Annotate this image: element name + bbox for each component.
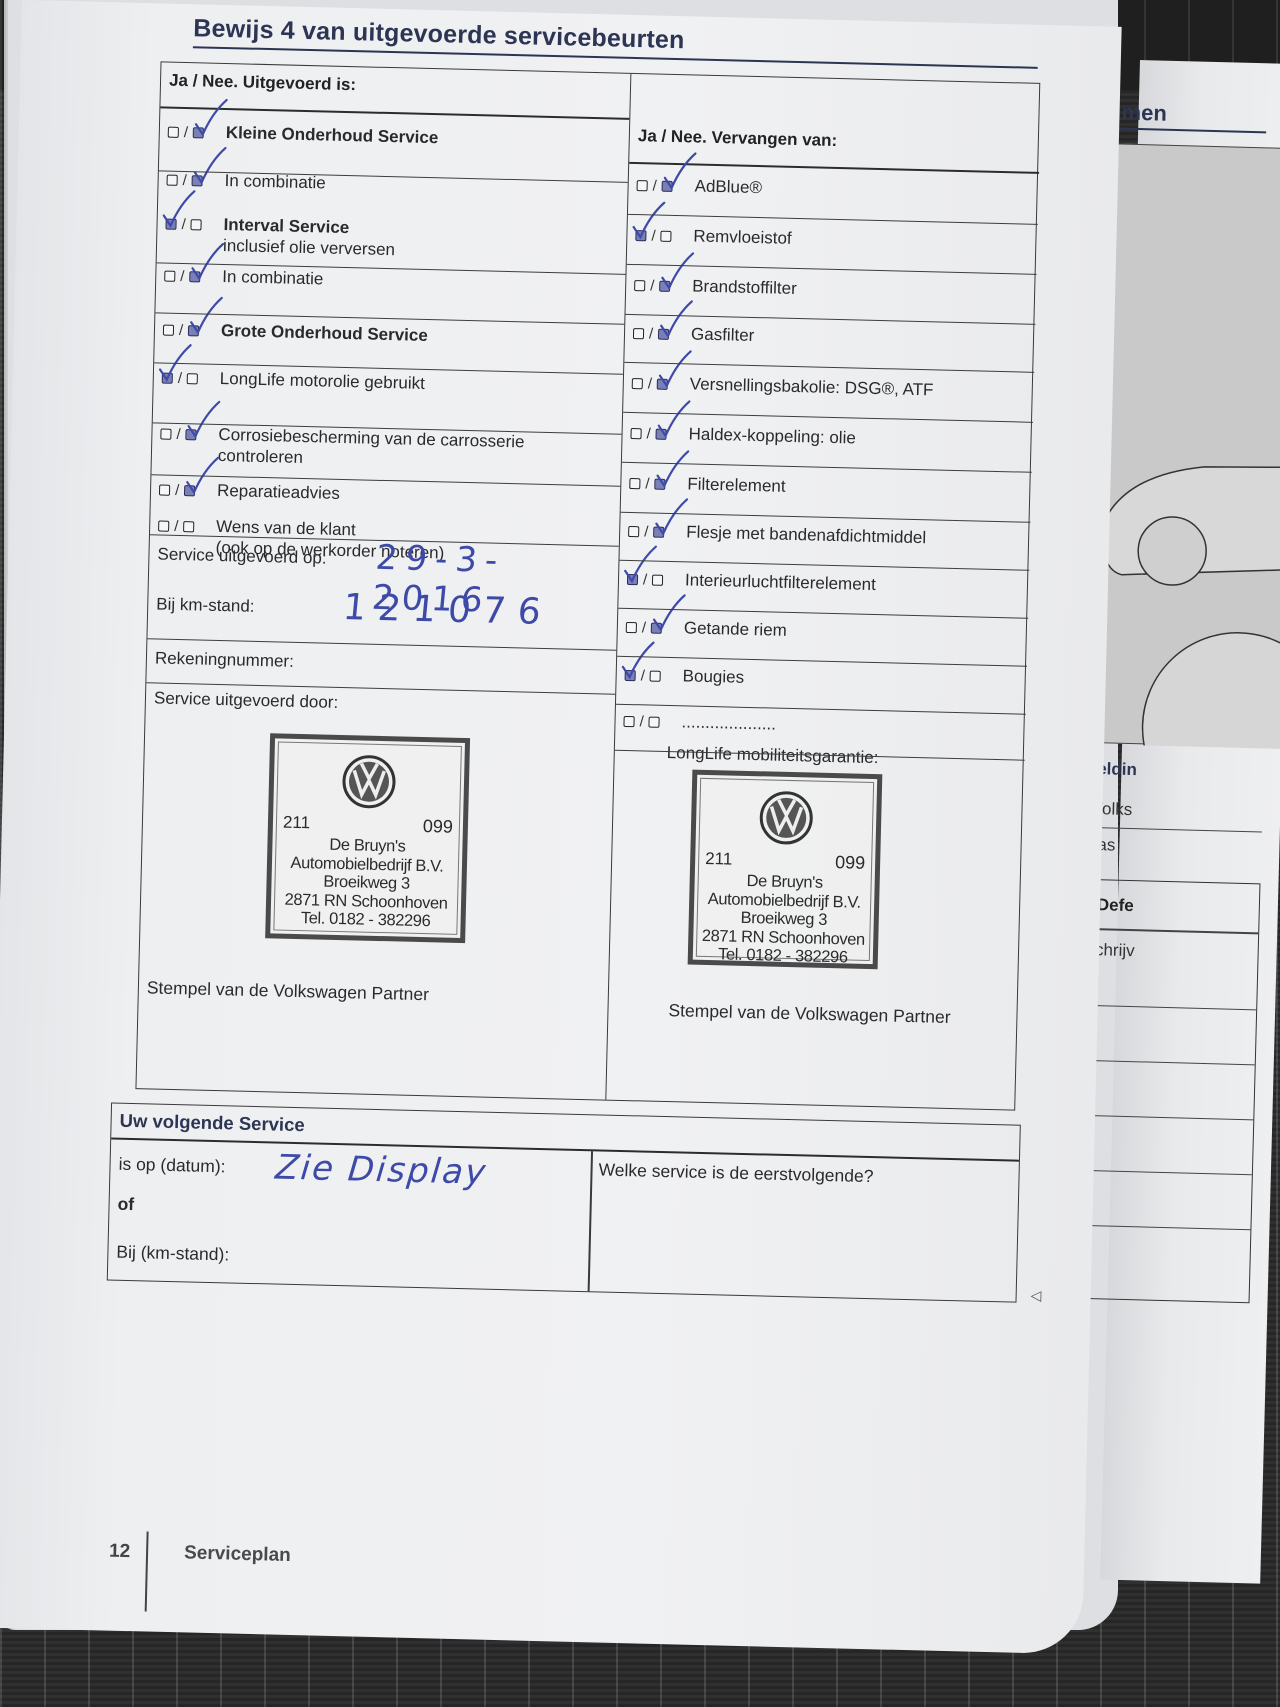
dealer-code-right: 099 — [835, 852, 866, 874]
slash: / — [650, 277, 655, 294]
nee-checkbox[interactable] — [653, 527, 664, 538]
nee-checkbox[interactable] — [659, 281, 670, 292]
divider — [624, 362, 1034, 373]
ja-checkbox[interactable] — [627, 574, 638, 585]
dealer-stamp-right: 211 099 De Bruyn's Automobielbedrijf B.V… — [688, 770, 883, 970]
divider — [622, 462, 1032, 473]
replaced-item-row: /Remvloeistof — [635, 224, 1029, 255]
ja-nee-checkboxes: / — [636, 177, 694, 195]
performed-item-label-group: Interval Serviceinclusief olie verversen — [223, 214, 396, 260]
ja-checkbox[interactable] — [158, 520, 169, 531]
nee-checkbox[interactable] — [650, 671, 661, 682]
ja-checkbox[interactable] — [626, 622, 637, 633]
ja-nee-checkboxes: / — [165, 216, 223, 234]
ja-checkbox[interactable] — [632, 378, 643, 389]
performed-item-label: In combinatie — [222, 266, 324, 289]
divider — [629, 162, 1039, 174]
replaced-item-row: /Interieurluchtfilterelement — [627, 568, 1021, 599]
nee-checkbox[interactable] — [188, 325, 199, 336]
slash: / — [175, 482, 180, 499]
slash: / — [181, 216, 186, 233]
nee-checkbox[interactable] — [185, 429, 196, 440]
ja-nee-checkboxes: / — [623, 713, 681, 731]
ja-checkbox[interactable] — [163, 325, 174, 336]
slash: / — [639, 713, 644, 730]
nee-checkbox[interactable] — [662, 181, 673, 192]
replaced-item-label: Getande riem — [684, 617, 787, 641]
ja-nee-checkboxes: / — [168, 124, 226, 142]
replaced-item-label: Gasfilter — [691, 323, 755, 346]
page-number: 12 — [109, 1541, 131, 1564]
divider — [628, 214, 1038, 225]
section-name: Serviceplan — [184, 1542, 291, 1567]
dealer-phone: Tel. 0182 - 382296 — [693, 945, 873, 968]
dealer-code-left: 211 — [705, 849, 733, 870]
ja-nee-checkboxes: / — [633, 325, 691, 343]
ja-nee-checkboxes: / — [632, 375, 690, 393]
defects-table-header: Defe — [1097, 895, 1134, 916]
divider — [160, 106, 629, 119]
slash: / — [642, 619, 647, 636]
slash: / — [178, 370, 183, 387]
nee-checkbox[interactable] — [189, 271, 200, 282]
next-km-label: Bij (km-stand): — [116, 1242, 229, 1266]
replaced-item-row: /Bougies — [624, 664, 1018, 695]
performed-item-label: Grote Onderhoud Service — [221, 320, 428, 346]
nee-checkbox[interactable] — [652, 575, 663, 586]
nee-checkbox[interactable] — [192, 175, 203, 186]
ja-checkbox[interactable] — [165, 219, 176, 230]
vw-logo-icon — [759, 790, 814, 845]
ja-checkbox[interactable] — [159, 484, 170, 495]
replaced-item-row: /AdBlue® — [636, 174, 1030, 205]
nee-checkbox[interactable] — [658, 329, 669, 340]
slash: / — [643, 571, 648, 588]
ja-nee-checkboxes: / — [160, 426, 218, 444]
nee-checkbox[interactable] — [183, 521, 194, 532]
nee-checkbox[interactable] — [184, 485, 195, 496]
dealer-stamp-left: 211 099 De Bruyn's Automobielbedrijf B.V… — [265, 733, 470, 943]
ja-checkbox[interactable] — [628, 526, 639, 537]
replaced-item-row: /Versnellingsbakolie: DSG®, ATF — [632, 372, 1026, 403]
replaced-item-row: /Getande riem — [626, 616, 1020, 647]
dealer-address: De Bruyn's Automobielbedrijf B.V. Broeik… — [693, 871, 875, 968]
slash: / — [176, 426, 181, 443]
ja-checkbox[interactable] — [164, 271, 175, 282]
slash: / — [184, 124, 189, 141]
service-page: Bewijs 4 van uitgevoerde servicebeurten … — [0, 0, 1122, 1654]
stamp-caption-right: Stempel van de Volkswagen Partner — [668, 1000, 951, 1028]
nee-checkbox[interactable] — [651, 623, 662, 634]
ja-checkbox[interactable] — [625, 670, 636, 681]
slash: / — [182, 172, 187, 189]
ja-checkbox[interactable] — [630, 428, 641, 439]
ja-nee-checkboxes: / — [629, 475, 687, 493]
ja-checkbox[interactable] — [162, 373, 173, 384]
service-record-table: Ja / Nee. Uitgevoerd is: /Kleine Onderho… — [135, 61, 1040, 1110]
replaced-item-label: Filterelement — [687, 473, 786, 496]
nee-checkbox[interactable] — [657, 379, 668, 390]
divider — [111, 1138, 1019, 1162]
ja-checkbox[interactable] — [167, 175, 178, 186]
ja-nee-checkboxes: / — [624, 667, 682, 685]
stamp-caption-left: Stempel van de Volkswagen Partner — [147, 977, 430, 1005]
invoice-label: Rekeningnummer: — [155, 648, 294, 671]
nee-checkbox[interactable] — [193, 127, 204, 138]
ja-nee-checkboxes: / — [158, 517, 216, 535]
ja-checkbox[interactable] — [168, 127, 179, 138]
replaced-item-row: /Brandstoffilter — [634, 274, 1028, 305]
ja-nee-checkboxes: / — [628, 523, 686, 541]
ja-checkbox[interactable] — [637, 180, 648, 191]
ja-checkbox[interactable] — [634, 280, 645, 291]
replaced-item-label: Bougies — [682, 665, 744, 687]
replaced-header: Ja / Nee. Vervangen van: — [638, 126, 838, 151]
ja-nee-checkboxes: / — [630, 425, 688, 443]
performed-column: Ja / Nee. Uitgevoerd is: /Kleine Onderho… — [136, 62, 631, 1099]
km-label: Bij km-stand: — [156, 594, 255, 616]
slash: / — [174, 518, 179, 535]
nee-checkbox[interactable] — [187, 373, 198, 384]
divider — [588, 1151, 593, 1291]
performed-header: Ja / Nee. Uitgevoerd is: — [169, 71, 357, 96]
page-marker-icon: ◁ — [1030, 1287, 1041, 1304]
performed-item-label: LongLife motorolie gebruikt — [220, 368, 426, 394]
replaced-item-label: Interieurluchtfilterelement — [685, 569, 876, 595]
next-date-value[interactable]: Zie Display — [274, 1148, 490, 1193]
ja-nee-checkboxes: / — [163, 322, 221, 340]
nee-checkbox[interactable] — [649, 717, 660, 728]
performed-item-row: /Corrosiebescherming van de carrosseriec… — [160, 423, 614, 476]
right-page: Documen Afbeeldin Uw Volks ✖ Kras Defe B… — [1100, 60, 1280, 1584]
next-service-question: Welke service is de eerstvolgende? — [598, 1159, 873, 1187]
slash: / — [640, 667, 645, 684]
vw-logo-icon — [341, 754, 396, 809]
replaced-item-label: Haldex-koppeling: olie — [688, 423, 856, 448]
slash: / — [645, 475, 650, 492]
ja-nee-checkboxes: / — [162, 370, 220, 388]
ja-nee-checkboxes: / — [166, 172, 224, 190]
replaced-item-row: /Flesje met bandenafdichtmiddel — [628, 520, 1022, 551]
ja-nee-checkboxes: / — [159, 481, 217, 499]
dealer-address: De Bruyn's Automobielbedrijf B.V. Broeik… — [270, 834, 462, 931]
ja-checkbox[interactable] — [160, 429, 171, 440]
service-date-label: Service uitgevoerd op: — [157, 544, 327, 568]
slash: / — [649, 325, 654, 342]
nee-checkbox[interactable] — [656, 429, 667, 440]
replaced-item-row: /Haldex-koppeling: olie — [630, 422, 1024, 453]
ja-nee-checkboxes: / — [634, 277, 692, 295]
replaced-item-row: /Filterelement — [629, 472, 1023, 503]
performed-item-label: Reparatieadvies — [217, 480, 340, 504]
divider — [627, 264, 1037, 275]
next-service-heading: Uw volgende Service — [119, 1110, 305, 1137]
nee-checkbox[interactable] — [191, 219, 202, 230]
ja-nee-checkboxes: / — [626, 619, 684, 637]
ja-checkbox[interactable] — [635, 230, 646, 241]
replaced-item-row: /.................... — [623, 710, 1017, 741]
or-label: of — [117, 1194, 134, 1215]
performed-by-label: Service uitgevoerd door: — [154, 688, 339, 712]
km-value[interactable]: 121076 — [341, 587, 554, 633]
ja-nee-checkboxes: / — [635, 227, 693, 245]
ja-checkbox[interactable] — [633, 328, 644, 339]
performed-item-row: /Kleine Onderhoud Service — [168, 121, 621, 153]
performed-item-label: Kleine Onderhoud Service — [226, 122, 439, 148]
replaced-item-row: /Gasfilter — [633, 322, 1027, 353]
footer-divider — [145, 1532, 149, 1612]
performed-item-row: /Interval Serviceinclusief olie ververse… — [165, 213, 619, 266]
replaced-column: Ja / Nee. Vervangen van: /AdBlue®/Remvlo… — [606, 74, 1041, 1110]
slash: / — [646, 425, 651, 442]
dealer-code-left: 211 — [283, 813, 311, 834]
slash: / — [652, 177, 657, 194]
nee-checkbox[interactable] — [654, 479, 665, 490]
slash: / — [648, 375, 653, 392]
dealer-code-right: 099 — [423, 816, 454, 838]
slash: / — [179, 322, 184, 339]
ja-checkbox[interactable] — [623, 716, 634, 727]
divider — [623, 412, 1033, 423]
ja-nee-checkboxes: / — [164, 268, 222, 286]
ja-nee-checkboxes: / — [627, 571, 685, 589]
slash: / — [644, 523, 649, 540]
replaced-item-label: Versnellingsbakolie: DSG®, ATF — [690, 373, 934, 400]
next-date-label: is op (datum): — [118, 1154, 225, 1178]
replaced-item-label: .................... — [681, 711, 776, 734]
slash: / — [651, 227, 656, 244]
replaced-item-label: Remvloeistof — [693, 225, 792, 248]
next-service-box: Uw volgende Service is op (datum): Zie D… — [107, 1103, 1021, 1303]
nee-checkbox[interactable] — [660, 231, 671, 242]
ja-checkbox[interactable] — [629, 478, 640, 489]
slash: / — [180, 268, 185, 285]
replaced-item-label: Brandstoffilter — [692, 275, 797, 299]
replaced-item-label: AdBlue® — [694, 175, 762, 198]
replaced-item-label: Flesje met bandenafdichtmiddel — [686, 521, 926, 548]
performed-item-sublabel: inclusief olie verversen — [223, 235, 395, 260]
